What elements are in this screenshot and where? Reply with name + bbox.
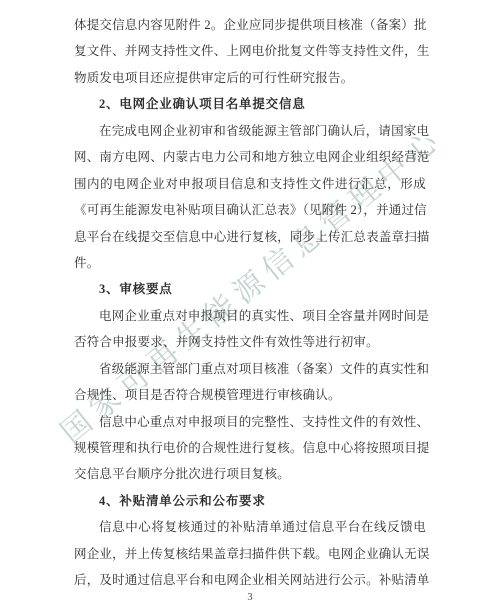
text-line: 在完成电网企业初审和省级能源主管部门确认后，请国家电	[74, 118, 426, 144]
section-heading: 4、补贴清单公示和公布要求	[74, 488, 426, 514]
text-line: 网企业，并上传复核结果盖章扫描件供下载。电网企业确认无误	[74, 541, 426, 567]
text-line: 后，及时通过信息平台和电网企业相关网站进行公示。补贴清单	[74, 567, 426, 593]
text-line: 合规性、项目是否符合规模管理进行审核确认。	[74, 382, 426, 408]
text-line: 《可再生能源发电补贴项目确认汇总表》（见附件 2），并通过信	[74, 197, 426, 223]
text-line: 体提交信息内容见附件 2。企业应同步提供项目核准（备案）批	[74, 12, 426, 38]
text-line: 电网企业重点对申报项目的真实性、项目全容量并网时间是	[74, 303, 426, 329]
text-line: 否符合申报要求、并网支持性文件有效性等进行初审。	[74, 329, 426, 355]
document-page: 国家可再生能源信息管理中心 体提交信息内容见附件 2。企业应同步提供项目核准（备…	[0, 0, 500, 611]
text-line: 网、南方电网、内蒙古电力公司和地方独立电网企业组织经营范	[74, 144, 426, 170]
text-line: 交信息平台顺序分批次进行项目复核。	[74, 461, 426, 487]
page-number: 3	[0, 592, 500, 603]
text-line: 物质发电项目还应提供审定后的可行性研究报告。	[74, 65, 426, 91]
text-line: 信息中心将复核通过的补贴清单通过信息平台在线反馈电	[74, 514, 426, 540]
section-heading: 3、审核要点	[74, 276, 426, 302]
document-content: 体提交信息内容见附件 2。企业应同步提供项目核准（备案）批 复文件、并网支持性文…	[74, 12, 426, 594]
section-heading: 2、电网企业确认项目名单提交信息	[74, 91, 426, 117]
text-line: 规模管理和执行电价的合规性进行复核。信息中心将按照项目提	[74, 435, 426, 461]
text-line: 信息中心重点对申报项目的完整性、支持性文件的有效性、	[74, 409, 426, 435]
text-line: 省级能源主管部门重点对项目核准（备案）文件的真实性和	[74, 356, 426, 382]
text-line: 围内的电网企业对申报项目信息和支持性文件进行汇总，形成	[74, 171, 426, 197]
text-line: 息平台在线提交至信息中心进行复核，同步上传汇总表盖章扫描	[74, 224, 426, 250]
text-line: 件。	[74, 250, 426, 276]
text-line: 复文件、并网支持性文件、上网电价批复文件等支持性文件，生	[74, 38, 426, 64]
